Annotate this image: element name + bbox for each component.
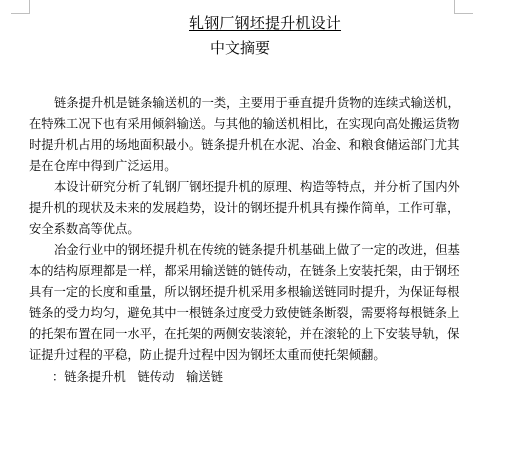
- paragraph-line: 本的结构原理都是一样，都采用输送链的链传动，在链条上安装托架，由于钢坯: [29, 261, 485, 282]
- page-corner-mark-top-left: [11, 0, 30, 14]
- paragraph-line: 具有一定的长度和重量，所以钢坯提升机采用多根输送链同时提升，为保证每根: [29, 282, 485, 303]
- paragraph-line: 时提升机占用的场地面积最小。链条提升机在水泥、冶金、和粮食储运部门尤其: [29, 135, 485, 156]
- paragraph-line: 是在仓库中得到广泛运用。: [29, 156, 485, 177]
- paragraph-line: 冶金行业中的钢坯提升机在传统的链条提升机基础上做了一定的改进，但基: [29, 240, 485, 261]
- keywords-line: ：链条提升机 链传动 输送链: [52, 368, 223, 386]
- paragraph-line: 在特殊工况下也有采用倾斜输送。与其他的输送机相比，在实现向高处搬运货物: [29, 114, 485, 135]
- paragraph-line: 安全系数高等优点。: [29, 219, 485, 240]
- document-title: 轧钢厂钢坯提升机设计: [189, 14, 349, 32]
- paragraph-3: 冶金行业中的钢坯提升机在传统的链条提升机基础上做了一定的改进，但基 本的结构原理…: [29, 240, 485, 366]
- page-corner-mark-top-right: [454, 0, 473, 14]
- paragraph-line: 提升机的现状及未来的发展趋势，设计的钢坯提升机具有操作简单，工作可靠，: [29, 198, 485, 219]
- paragraph-line: 链条的受力均匀，避免其中一根链条过度受力致使链条断裂，需要将每根链条上: [29, 303, 485, 324]
- paragraph-1: 链条提升机是链条输送机的一类，主要用于垂直提升货物的连续式输送机， 在特殊工况下…: [29, 93, 485, 177]
- paragraph-line: 链条提升机是链条输送机的一类，主要用于垂直提升货物的连续式输送机，: [29, 93, 485, 114]
- abstract-heading: 中文摘要: [210, 39, 270, 57]
- paragraph-line: 证提升过程的平稳，防止提升过程中因为钢坯太重而使托架倾翻。: [29, 345, 485, 366]
- abstract-body: 链条提升机是链条输送机的一类，主要用于垂直提升货物的连续式输送机， 在特殊工况下…: [29, 93, 485, 366]
- paragraph-2: 本设计研究分析了轧钢厂钢坯提升机的原理、构造等特点，并分析了国内外 提升机的现状…: [29, 177, 485, 240]
- paragraph-line: 的托架布置在同一水平，在托架的两侧安装滚轮，并在滚轮的上下安装导轨，保: [29, 324, 485, 345]
- paragraph-line: 本设计研究分析了轧钢厂钢坯提升机的原理、构造等特点，并分析了国内外: [29, 177, 485, 198]
